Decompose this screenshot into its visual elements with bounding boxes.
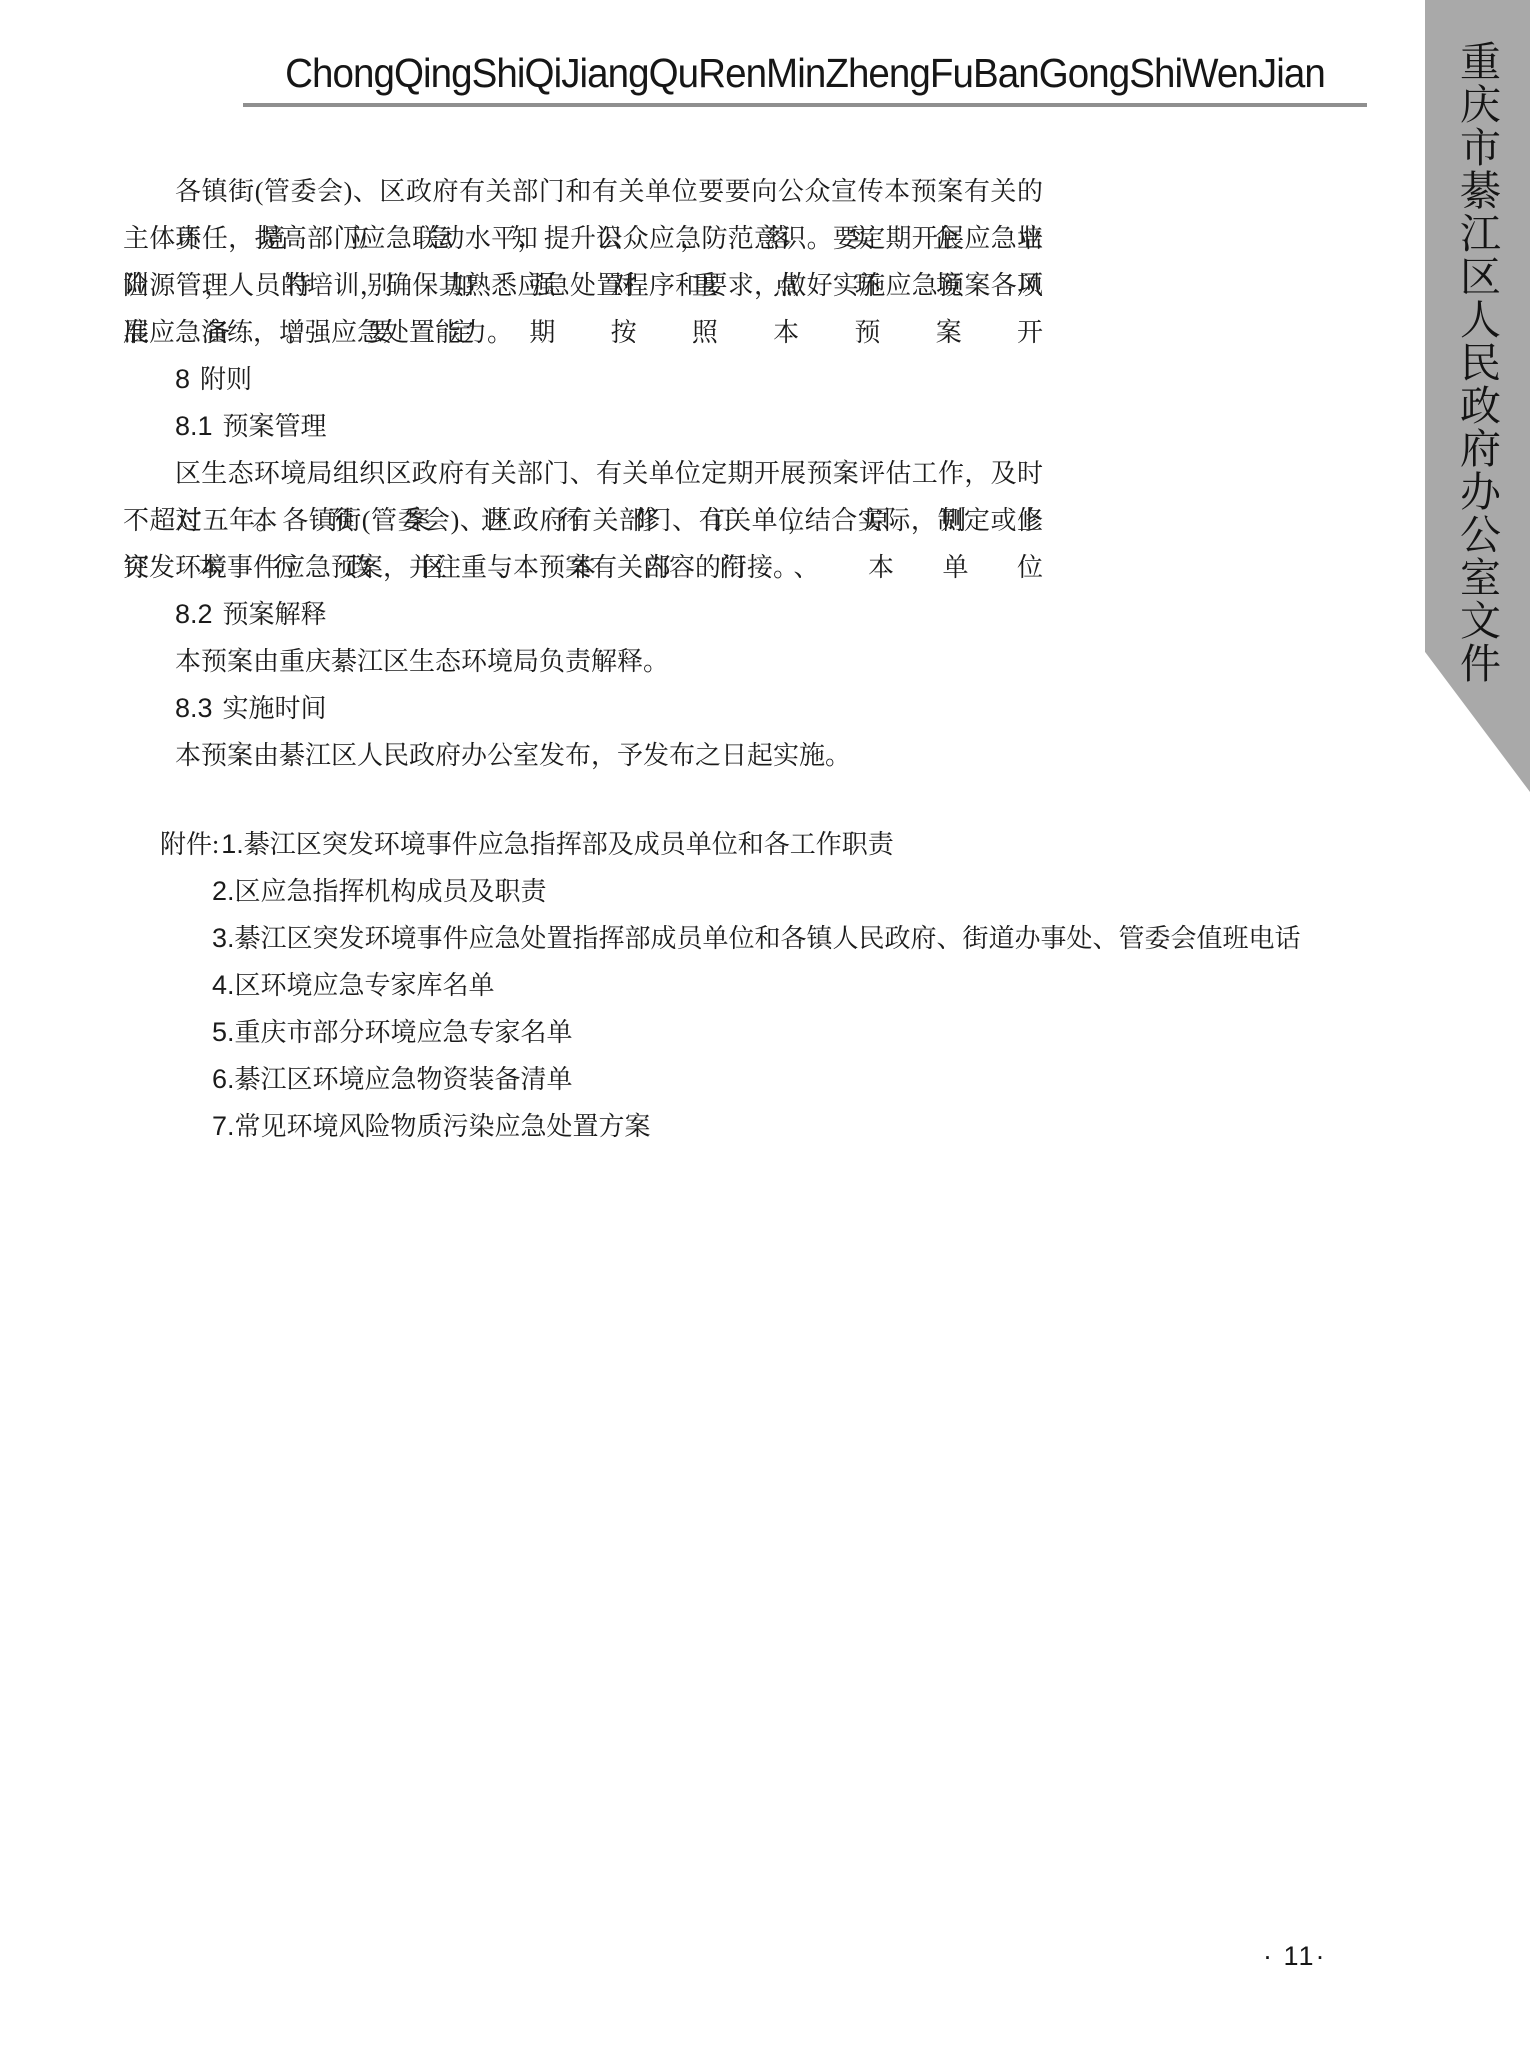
attachment-title: 綦江区突发环境事件应急指挥部及成员单位和各工作职责 bbox=[244, 830, 894, 859]
attachment-item: 3.綦江区突发环境事件应急处置指挥部成员单位和各镇人民政府、街道办事处、管委会值… bbox=[123, 915, 1043, 962]
attachment-item: 4.区环境应急专家库名单 bbox=[123, 962, 1043, 1009]
attachment-title: 区应急指挥机构成员及职责 bbox=[235, 877, 547, 906]
attachment-number: 5. bbox=[212, 1017, 235, 1047]
attachment-number: 4. bbox=[212, 970, 235, 1000]
attachment-title: 区环境应急专家库名单 bbox=[235, 971, 495, 1000]
section-number: 8.2 bbox=[175, 599, 213, 629]
attachment-item: 5.重庆市部分环境应急专家名单 bbox=[123, 1009, 1043, 1056]
page-number: · 11· bbox=[1263, 1941, 1327, 1972]
attachment-item: 6.綦江区环境应急物资装备清单 bbox=[123, 1056, 1043, 1103]
section-title: 附则 bbox=[200, 365, 252, 394]
section-title: 预案管理 bbox=[223, 412, 327, 441]
paragraph-line: 本预案由重庆綦江区生态环境局负责解释。 bbox=[123, 638, 1043, 685]
vertical-gap bbox=[123, 779, 1043, 821]
paragraph-line: 本预案由綦江区人民政府办公室发布，予发布之日起实施。 bbox=[123, 732, 1043, 779]
section-number: 8 bbox=[175, 364, 190, 394]
paragraph-line: 主体责任，提高部门应急联动水平，提升公众应急防范意识。要定期开展应急培训，特别加… bbox=[123, 215, 1043, 262]
attachment-title: 常见环境风险物质污染应急处置方案 bbox=[235, 1112, 651, 1141]
attachment-title: 重庆市部分环境应急专家名单 bbox=[235, 1018, 573, 1047]
attachment-number: 1. bbox=[221, 829, 244, 859]
document-pinyin-title: ChongQingShiQiJiangQuRenMinZhengFuBanGon… bbox=[236, 46, 1373, 100]
section-heading-8: 8附则 bbox=[123, 356, 1043, 403]
paragraph-line: 险源管理人员的培训，确保其熟悉应急处置程序和要求，做好实施应急预案各项准备。要定… bbox=[123, 262, 1043, 309]
section-title: 预案解释 bbox=[223, 600, 327, 629]
attachment-item: 附件:1.綦江区突发环境事件应急指挥部及成员单位和各工作职责 bbox=[123, 821, 1043, 868]
attachment-number: 3. bbox=[212, 923, 235, 953]
attachment-title: 綦江区突发环境事件应急处置指挥部成员单位和各镇人民政府、街道办事处、管委会值班电… bbox=[235, 924, 1301, 953]
section-heading-8-1: 8.1预案管理 bbox=[123, 403, 1043, 450]
side-banner: 重庆市綦江区人民政府办公室文件 bbox=[1425, 0, 1530, 792]
paragraph-line: 区生态环境局组织区政府有关部门、有关单位定期开展预案评估工作，及时对本预案进行修… bbox=[123, 450, 1043, 497]
document-body: 各镇街(管委会)、区政府有关部门和有关单位要要向公众宣传本预案有关的环境应急知识… bbox=[123, 168, 1043, 1150]
attachment-number: 2. bbox=[212, 876, 235, 906]
attachment-number: 7. bbox=[212, 1111, 235, 1141]
attachments-label: 附件: bbox=[160, 830, 219, 859]
section-heading-8-3: 8.3实施时间 bbox=[123, 685, 1043, 732]
attachment-number: 6. bbox=[212, 1064, 235, 1094]
section-title: 实施时间 bbox=[223, 694, 327, 723]
attachment-item: 7.常见环境风险物质污染应急处置方案 bbox=[123, 1103, 1043, 1150]
paragraph-line: 不超过五年。各镇街(管委会)、区政府有关部门、有关单位结合实际，制定或修订本行政… bbox=[123, 497, 1043, 544]
document-page: ChongQingShiQiJiangQuRenMinZhengFuBanGon… bbox=[0, 0, 1530, 2062]
attachment-item: 2.区应急指挥机构成员及职责 bbox=[123, 868, 1043, 915]
section-number: 8.3 bbox=[175, 693, 213, 723]
paragraph-line: 各镇街(管委会)、区政府有关部门和有关单位要要向公众宣传本预案有关的环境应急知识… bbox=[123, 168, 1043, 215]
attachment-title: 綦江区环境应急物资装备清单 bbox=[235, 1065, 573, 1094]
section-heading-8-2: 8.2预案解释 bbox=[123, 591, 1043, 638]
section-number: 8.1 bbox=[175, 411, 213, 441]
side-banner-vertical-text: 重庆市綦江区人民政府办公室文件 bbox=[1448, 40, 1507, 685]
header-divider-line bbox=[243, 103, 1367, 107]
